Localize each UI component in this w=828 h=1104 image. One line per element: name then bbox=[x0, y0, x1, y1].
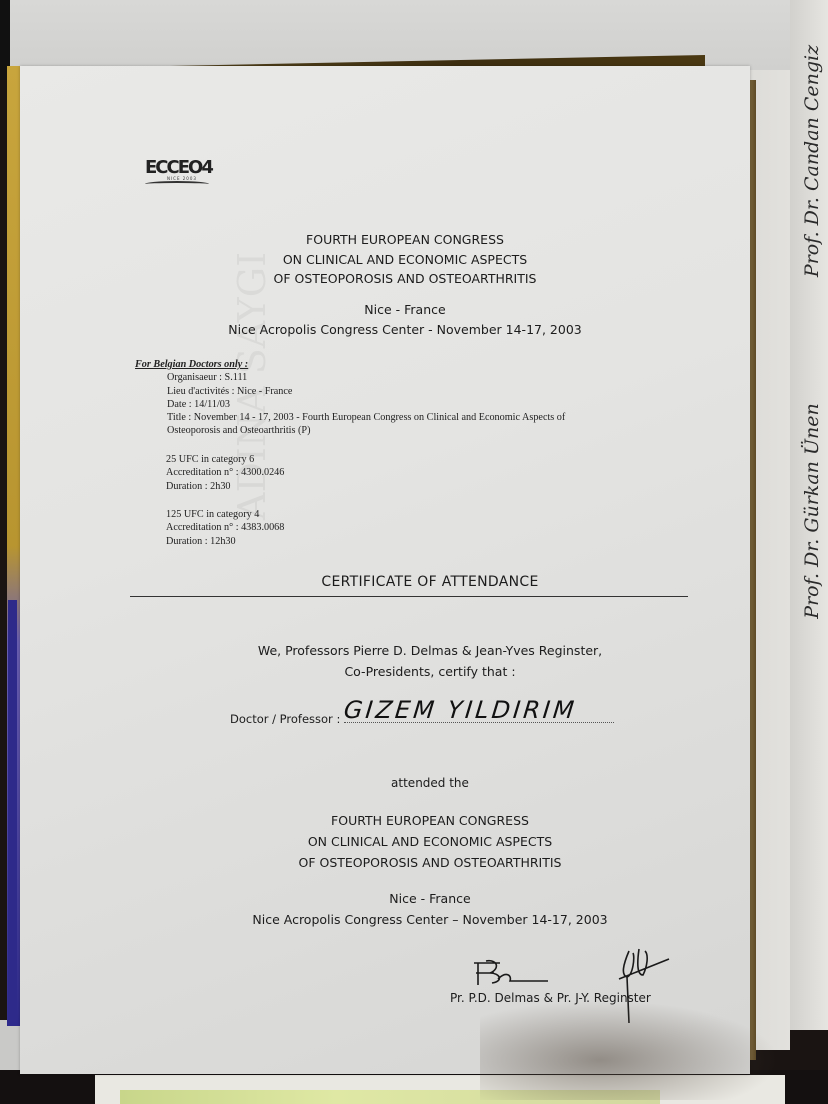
logo-mark: ECCEO4 bbox=[145, 157, 212, 178]
attended-text: attended the bbox=[150, 776, 710, 790]
venue-date: Nice Acropolis Congress Center – Novembe… bbox=[150, 909, 710, 930]
accreditation-credits: 125 UFC in category 4 bbox=[166, 508, 284, 521]
certificate-heading: CERTIFICATE OF ATTENDANCE bbox=[150, 574, 710, 590]
certify-line: We, Professors Pierre D. Delmas & Jean-Y… bbox=[150, 640, 710, 661]
belgian-doctors-section: For Belgian Doctors only : Organisaeur :… bbox=[135, 358, 565, 438]
title-line: ON CLINICAL AND ECONOMIC ASPECTS bbox=[150, 831, 710, 852]
accreditation-block-2: 125 UFC in category 4 Accreditation n° :… bbox=[166, 508, 284, 548]
hand-shadow bbox=[480, 1000, 780, 1100]
recipient-name: GIZEM YILDIRIM bbox=[343, 696, 579, 724]
location: Nice - France bbox=[150, 888, 710, 909]
certify-line: Co-Presidents, certify that : bbox=[150, 661, 710, 682]
congress-title-repeat: FOURTH EUROPEAN CONGRESS ON CLINICAL AND… bbox=[150, 810, 710, 873]
heading-divider bbox=[130, 596, 688, 597]
title-line: FOURTH EUROPEAN CONGRESS bbox=[150, 230, 660, 250]
accreditation-number: Accreditation n° : 4383.0068 bbox=[166, 521, 284, 534]
venue-block-repeat: Nice - France Nice Acropolis Congress Ce… bbox=[150, 888, 710, 930]
signature-delmas-icon bbox=[470, 955, 550, 994]
recipient-field: GIZEM YILDIRIM bbox=[344, 708, 614, 723]
accreditation-number: Accreditation n° : 4300.0246 bbox=[166, 466, 284, 479]
title-line: FOURTH EUROPEAN CONGRESS bbox=[150, 810, 710, 831]
venue-block: Nice - France Nice Acropolis Congress Ce… bbox=[150, 300, 660, 340]
accreditation-block-1: 25 UFC in category 6 Accreditation n° : … bbox=[166, 453, 284, 493]
accreditation-duration: Duration : 2h30 bbox=[166, 480, 284, 493]
title-line: OF OSTEOPOROSIS AND OSTEOARTHRITIS bbox=[150, 269, 660, 289]
accreditation-duration: Duration : 12h30 bbox=[166, 535, 284, 548]
blue-folder-side bbox=[8, 600, 17, 1020]
background-name-1: Prof. Dr. Candan Cengiz bbox=[801, 45, 823, 277]
recipient-label: Doctor / Professor : bbox=[230, 712, 340, 726]
recipient-row: Doctor / Professor : GIZEM YILDIRIM bbox=[230, 708, 614, 726]
congress-title: FOURTH EUROPEAN CONGRESS ON CLINICAL AND… bbox=[150, 230, 660, 289]
belgian-heading: For Belgian Doctors only : bbox=[135, 358, 565, 371]
logo-swoosh-icon bbox=[145, 181, 209, 187]
title-line: OF OSTEOPOROSIS AND OSTEOARTHRITIS bbox=[150, 852, 710, 873]
belgian-line: Osteoporosis and Osteoarthritis (P) bbox=[135, 424, 565, 437]
belgian-line: Date : 14/11/03 bbox=[135, 398, 565, 411]
belgian-line: Organisaeur : S.111 bbox=[135, 371, 565, 384]
congress-logo: ECCEO4 NICE 2003 bbox=[145, 157, 212, 181]
location: Nice - France bbox=[150, 300, 660, 320]
background-document-names: Prof. Dr. Candan Cengiz Prof. Dr. Gürkan… bbox=[795, 40, 828, 600]
certify-statement: We, Professors Pierre D. Delmas & Jean-Y… bbox=[150, 640, 710, 682]
belgian-line: Lieu d'activités : Nice - France bbox=[135, 385, 565, 398]
accreditation-credits: 25 UFC in category 6 bbox=[166, 453, 284, 466]
title-line: ON CLINICAL AND ECONOMIC ASPECTS bbox=[150, 250, 660, 270]
belgian-line: Title : November 14 - 17, 2003 - Fourth … bbox=[135, 411, 565, 424]
background-name-2: Prof. Dr. Gürkan Ünen bbox=[801, 403, 823, 618]
venue-date: Nice Acropolis Congress Center - Novembe… bbox=[150, 320, 660, 340]
